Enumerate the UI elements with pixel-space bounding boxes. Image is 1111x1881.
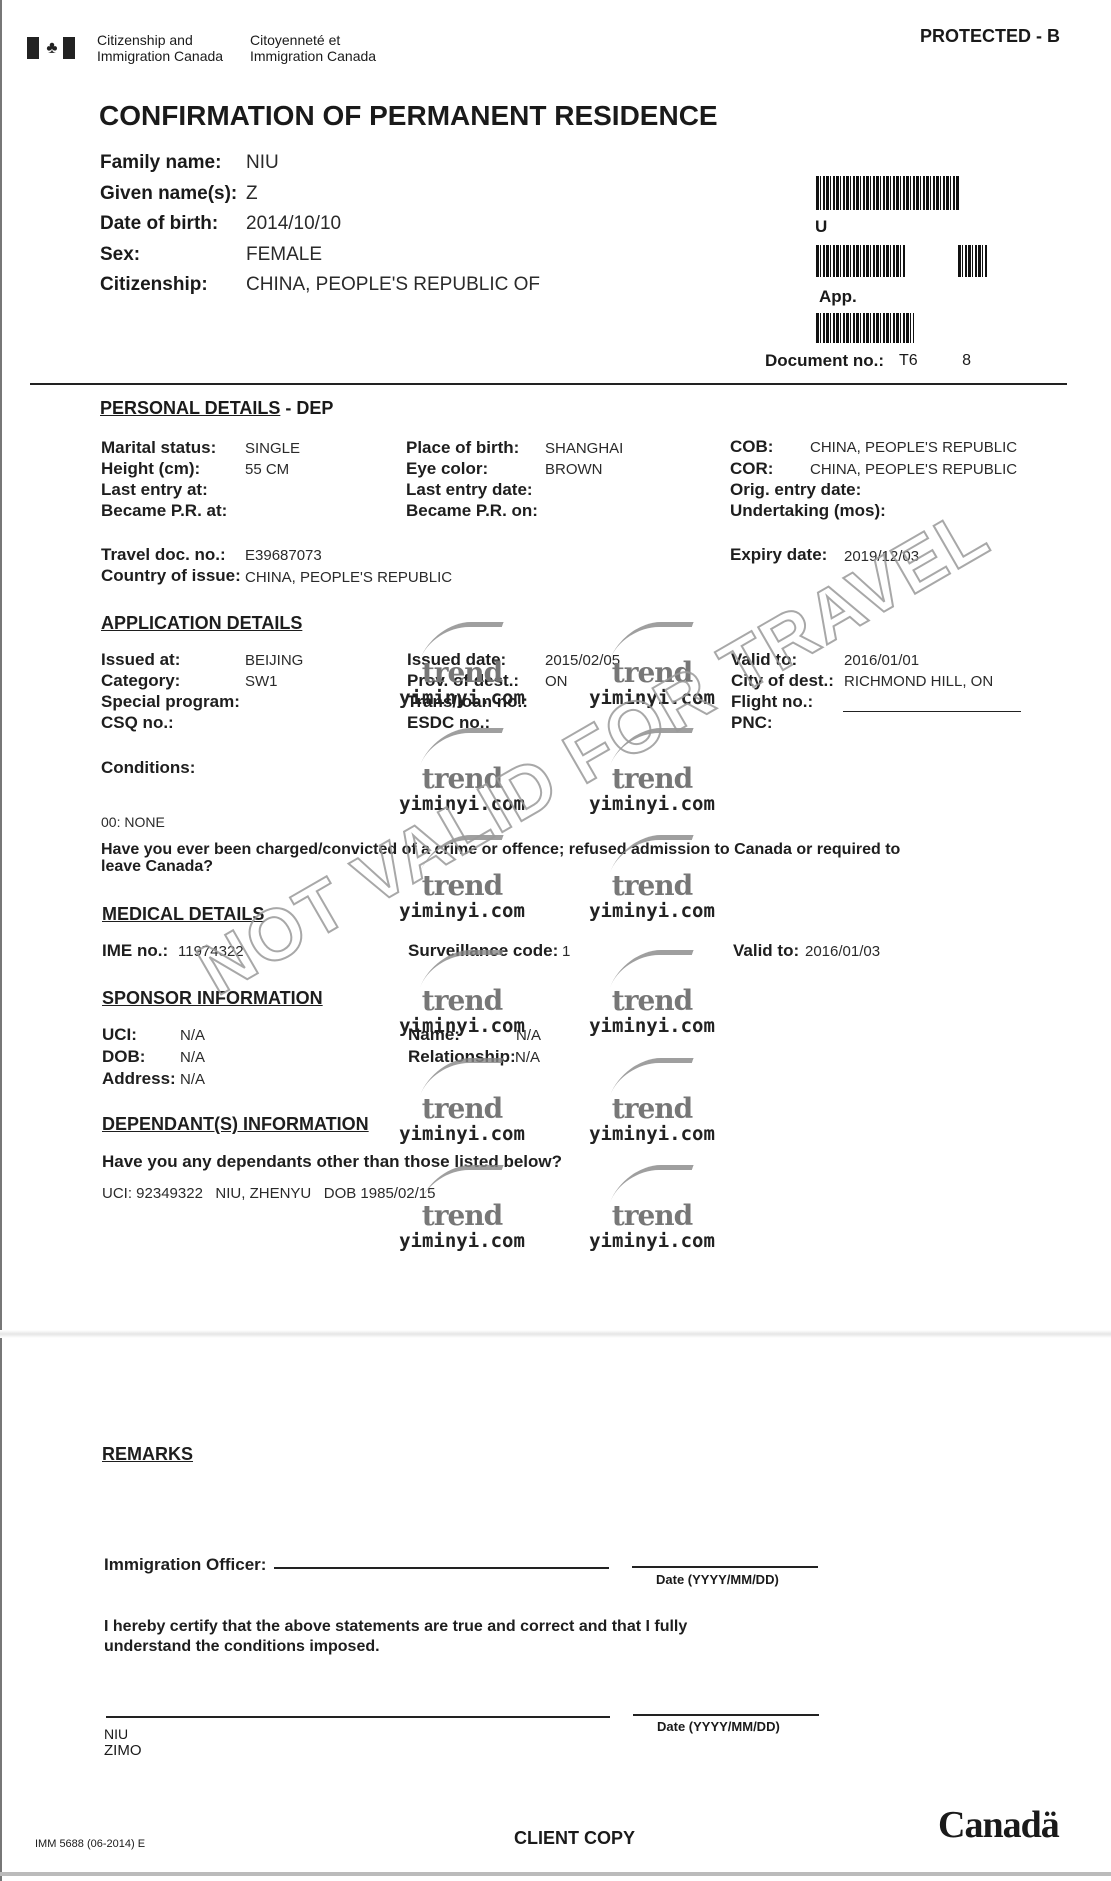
- special-program-label: Special program:: [101, 692, 240, 712]
- dob-label: Date of birth:: [100, 213, 218, 235]
- citizenship-label: Citizenship:: [100, 274, 208, 296]
- place-of-birth-value: SHANGHAI: [545, 440, 623, 457]
- issued-at-value: BEIJING: [245, 652, 303, 669]
- officer-signature-line: [274, 1567, 609, 1569]
- marital-status-value: SINGLE: [245, 440, 300, 457]
- sex-value: FEMALE: [246, 244, 322, 266]
- personal-details-heading: PERSONAL DETAILS - DEP: [100, 398, 333, 419]
- sponsor-relationship-label: Relationship:: [408, 1047, 516, 1067]
- country-of-issue-label: Country of issue:: [101, 566, 241, 586]
- officer-date-line: [632, 1566, 818, 1568]
- document-no-label: Document no.:: [765, 351, 884, 371]
- city-dest-value: RICHMOND HILL, ON: [844, 673, 993, 690]
- watermark: trendyiminyi.com: [392, 728, 532, 815]
- undertaking-label: Undertaking (mos):: [730, 501, 886, 521]
- uci-barcode: [816, 176, 960, 210]
- officer-date-label: Date (YYYY/MM/DD): [656, 1572, 779, 1587]
- issued-at-label: Issued at:: [101, 650, 180, 670]
- app-barcode: [816, 245, 906, 277]
- watermark: trendyiminyi.com: [392, 1058, 532, 1145]
- cor-value: CHINA, PEOPLE'S REPUBLIC: [810, 461, 1017, 478]
- given-names-label: Given name(s):: [100, 183, 237, 205]
- conditions-label: Conditions:: [101, 758, 195, 778]
- height-value: 55 CM: [245, 461, 289, 478]
- sex-label: Sex:: [100, 244, 140, 266]
- client-copy-label: CLIENT COPY: [514, 1828, 635, 1849]
- cob-value: CHINA, PEOPLE'S REPUBLIC: [810, 439, 1017, 456]
- header-divider: [30, 383, 1067, 385]
- certification-line2: understand the conditions imposed.: [104, 1638, 380, 1656]
- department-fr: Citoyenneté et Immigration Canada: [250, 32, 376, 64]
- ime-value: 11974322: [178, 943, 244, 960]
- signer-family-name: NIU: [104, 1726, 128, 1742]
- criminality-question-line1: Have you ever been charged/convicted of …: [101, 841, 900, 859]
- medical-details-heading: MEDICAL DETAILS: [102, 904, 264, 925]
- valid-to-value: 2016/01/01: [844, 652, 919, 669]
- country-of-issue-value: CHINA, PEOPLE'S REPUBLIC: [245, 569, 452, 586]
- page-edge: [0, 0, 2, 1881]
- surveillance-label: Surveillance code:: [408, 941, 558, 961]
- certification-line1: I hereby certify that the above statemen…: [104, 1618, 687, 1636]
- issued-date-label: Issued date:: [407, 650, 506, 670]
- app-barcode-tail: [958, 245, 988, 277]
- watermark: trendyiminyi.com: [582, 728, 722, 815]
- became-pr-on-label: Became P.R. on:: [406, 501, 538, 521]
- eye-color-label: Eye color:: [406, 459, 488, 479]
- sponsor-heading: SPONSOR INFORMATION: [102, 988, 323, 1009]
- city-dest-label: City of dest.:: [731, 671, 834, 691]
- sponsor-name-label: Name:: [408, 1025, 460, 1045]
- sponsor-relationship-value: N/A: [515, 1049, 540, 1066]
- criminality-question-line2: leave Canada?: [101, 858, 213, 876]
- family-name-label: Family name:: [100, 152, 221, 174]
- became-pr-at-label: Became P.R. at:: [101, 501, 227, 521]
- watermark: trendyiminyi.com: [392, 950, 532, 1037]
- page-bottom-edge: [0, 1872, 1111, 1876]
- eye-color-value: BROWN: [545, 461, 603, 478]
- surveillance-value: 1: [562, 943, 570, 960]
- issued-date-value: 2015/02/05: [545, 652, 620, 669]
- dob-value: 2014/10/10: [246, 213, 341, 235]
- expiry-date-value: 2019/12/03: [844, 548, 919, 565]
- cob-label: COB:: [730, 437, 773, 457]
- travel-doc-value: E39687073: [245, 547, 322, 564]
- prov-dest-label: Prov. of dest.:: [407, 671, 519, 691]
- csq-label: CSQ no.:: [101, 713, 174, 733]
- cor-label: COR:: [730, 459, 773, 479]
- sponsor-address-value: N/A: [180, 1071, 205, 1088]
- client-signature-line: [106, 1716, 610, 1718]
- last-entry-at-label: Last entry at:: [101, 480, 208, 500]
- watermark: trendyiminyi.com: [392, 1165, 532, 1252]
- height-label: Height (cm):: [101, 459, 200, 479]
- pnc-label: PNC:: [731, 713, 773, 733]
- watermark: trendyiminyi.com: [582, 950, 722, 1037]
- app-barcode-label: App.: [819, 287, 857, 307]
- remarks-heading: REMARKS: [102, 1444, 193, 1465]
- document-barcode: [816, 313, 914, 343]
- trans-loan-label: Trans/loan no.:: [407, 692, 528, 712]
- orig-entry-date-label: Orig. entry date:: [730, 480, 861, 500]
- dependants-heading: DEPENDANT(S) INFORMATION: [102, 1114, 369, 1135]
- officer-label: Immigration Officer:: [104, 1555, 266, 1575]
- expiry-date-label: Expiry date:: [730, 545, 827, 565]
- sponsor-uci-label: UCI:: [102, 1025, 137, 1045]
- sponsor-uci-value: N/A: [180, 1027, 205, 1044]
- valid-to-label: Valid to:: [731, 650, 797, 670]
- medical-valid-to-value: 2016/01/03: [805, 943, 880, 960]
- classification-label: PROTECTED - B: [920, 26, 1060, 47]
- medical-valid-to-label: Valid to:: [733, 941, 799, 961]
- conditions-value: 00: NONE: [101, 814, 165, 830]
- travel-doc-label: Travel doc. no.:: [101, 545, 226, 565]
- esdc-label: ESDC no.:: [407, 713, 490, 733]
- flight-no-label: Flight no.:: [731, 692, 813, 712]
- prov-dest-value: ON: [545, 673, 568, 690]
- client-date-label: Date (YYYY/MM/DD): [657, 1719, 780, 1734]
- canada-flag-icon: ♣: [27, 37, 77, 59]
- marital-status-label: Marital status:: [101, 438, 216, 458]
- watermark: trendyiminyi.com: [582, 1165, 722, 1252]
- form-code: IMM 5688 (06-2014) E: [35, 1838, 145, 1850]
- citizenship-value: CHINA, PEOPLE'S REPUBLIC OF: [246, 274, 540, 296]
- canada-wordmark: Canadä: [938, 1803, 1059, 1847]
- client-date-line: [633, 1714, 819, 1716]
- page-title: CONFIRMATION OF PERMANENT RESIDENCE: [99, 100, 718, 132]
- uci-barcode-label: U: [815, 217, 827, 237]
- document-no-value: T6 8: [899, 352, 971, 370]
- sponsor-dob-value: N/A: [180, 1049, 205, 1066]
- application-details-heading: APPLICATION DETAILS: [101, 613, 302, 634]
- paper-fold: [0, 1330, 1111, 1338]
- watermark: trendyiminyi.com: [582, 1058, 722, 1145]
- signer-given-name: ZIMO: [104, 1742, 142, 1759]
- department-en: Citizenship and Immigration Canada: [97, 32, 223, 64]
- category-label: Category:: [101, 671, 180, 691]
- sponsor-address-label: Address:: [102, 1069, 176, 1089]
- category-value: SW1: [245, 673, 278, 690]
- last-entry-date-label: Last entry date:: [406, 480, 533, 500]
- ime-label: IME no.:: [102, 941, 168, 961]
- dependants-question: Have you any dependants other than those…: [102, 1152, 562, 1172]
- dependant-entry: UCI: 92349322 NIU, ZHENYU DOB 1985/02/15: [102, 1185, 436, 1202]
- family-name-value: NIU: [246, 152, 279, 174]
- place-of-birth-label: Place of birth:: [406, 438, 519, 458]
- sponsor-name-value: N/A: [516, 1027, 541, 1044]
- given-names-value: Z: [246, 183, 258, 205]
- flight-no-line: [843, 711, 1021, 712]
- sponsor-dob-label: DOB:: [102, 1047, 145, 1067]
